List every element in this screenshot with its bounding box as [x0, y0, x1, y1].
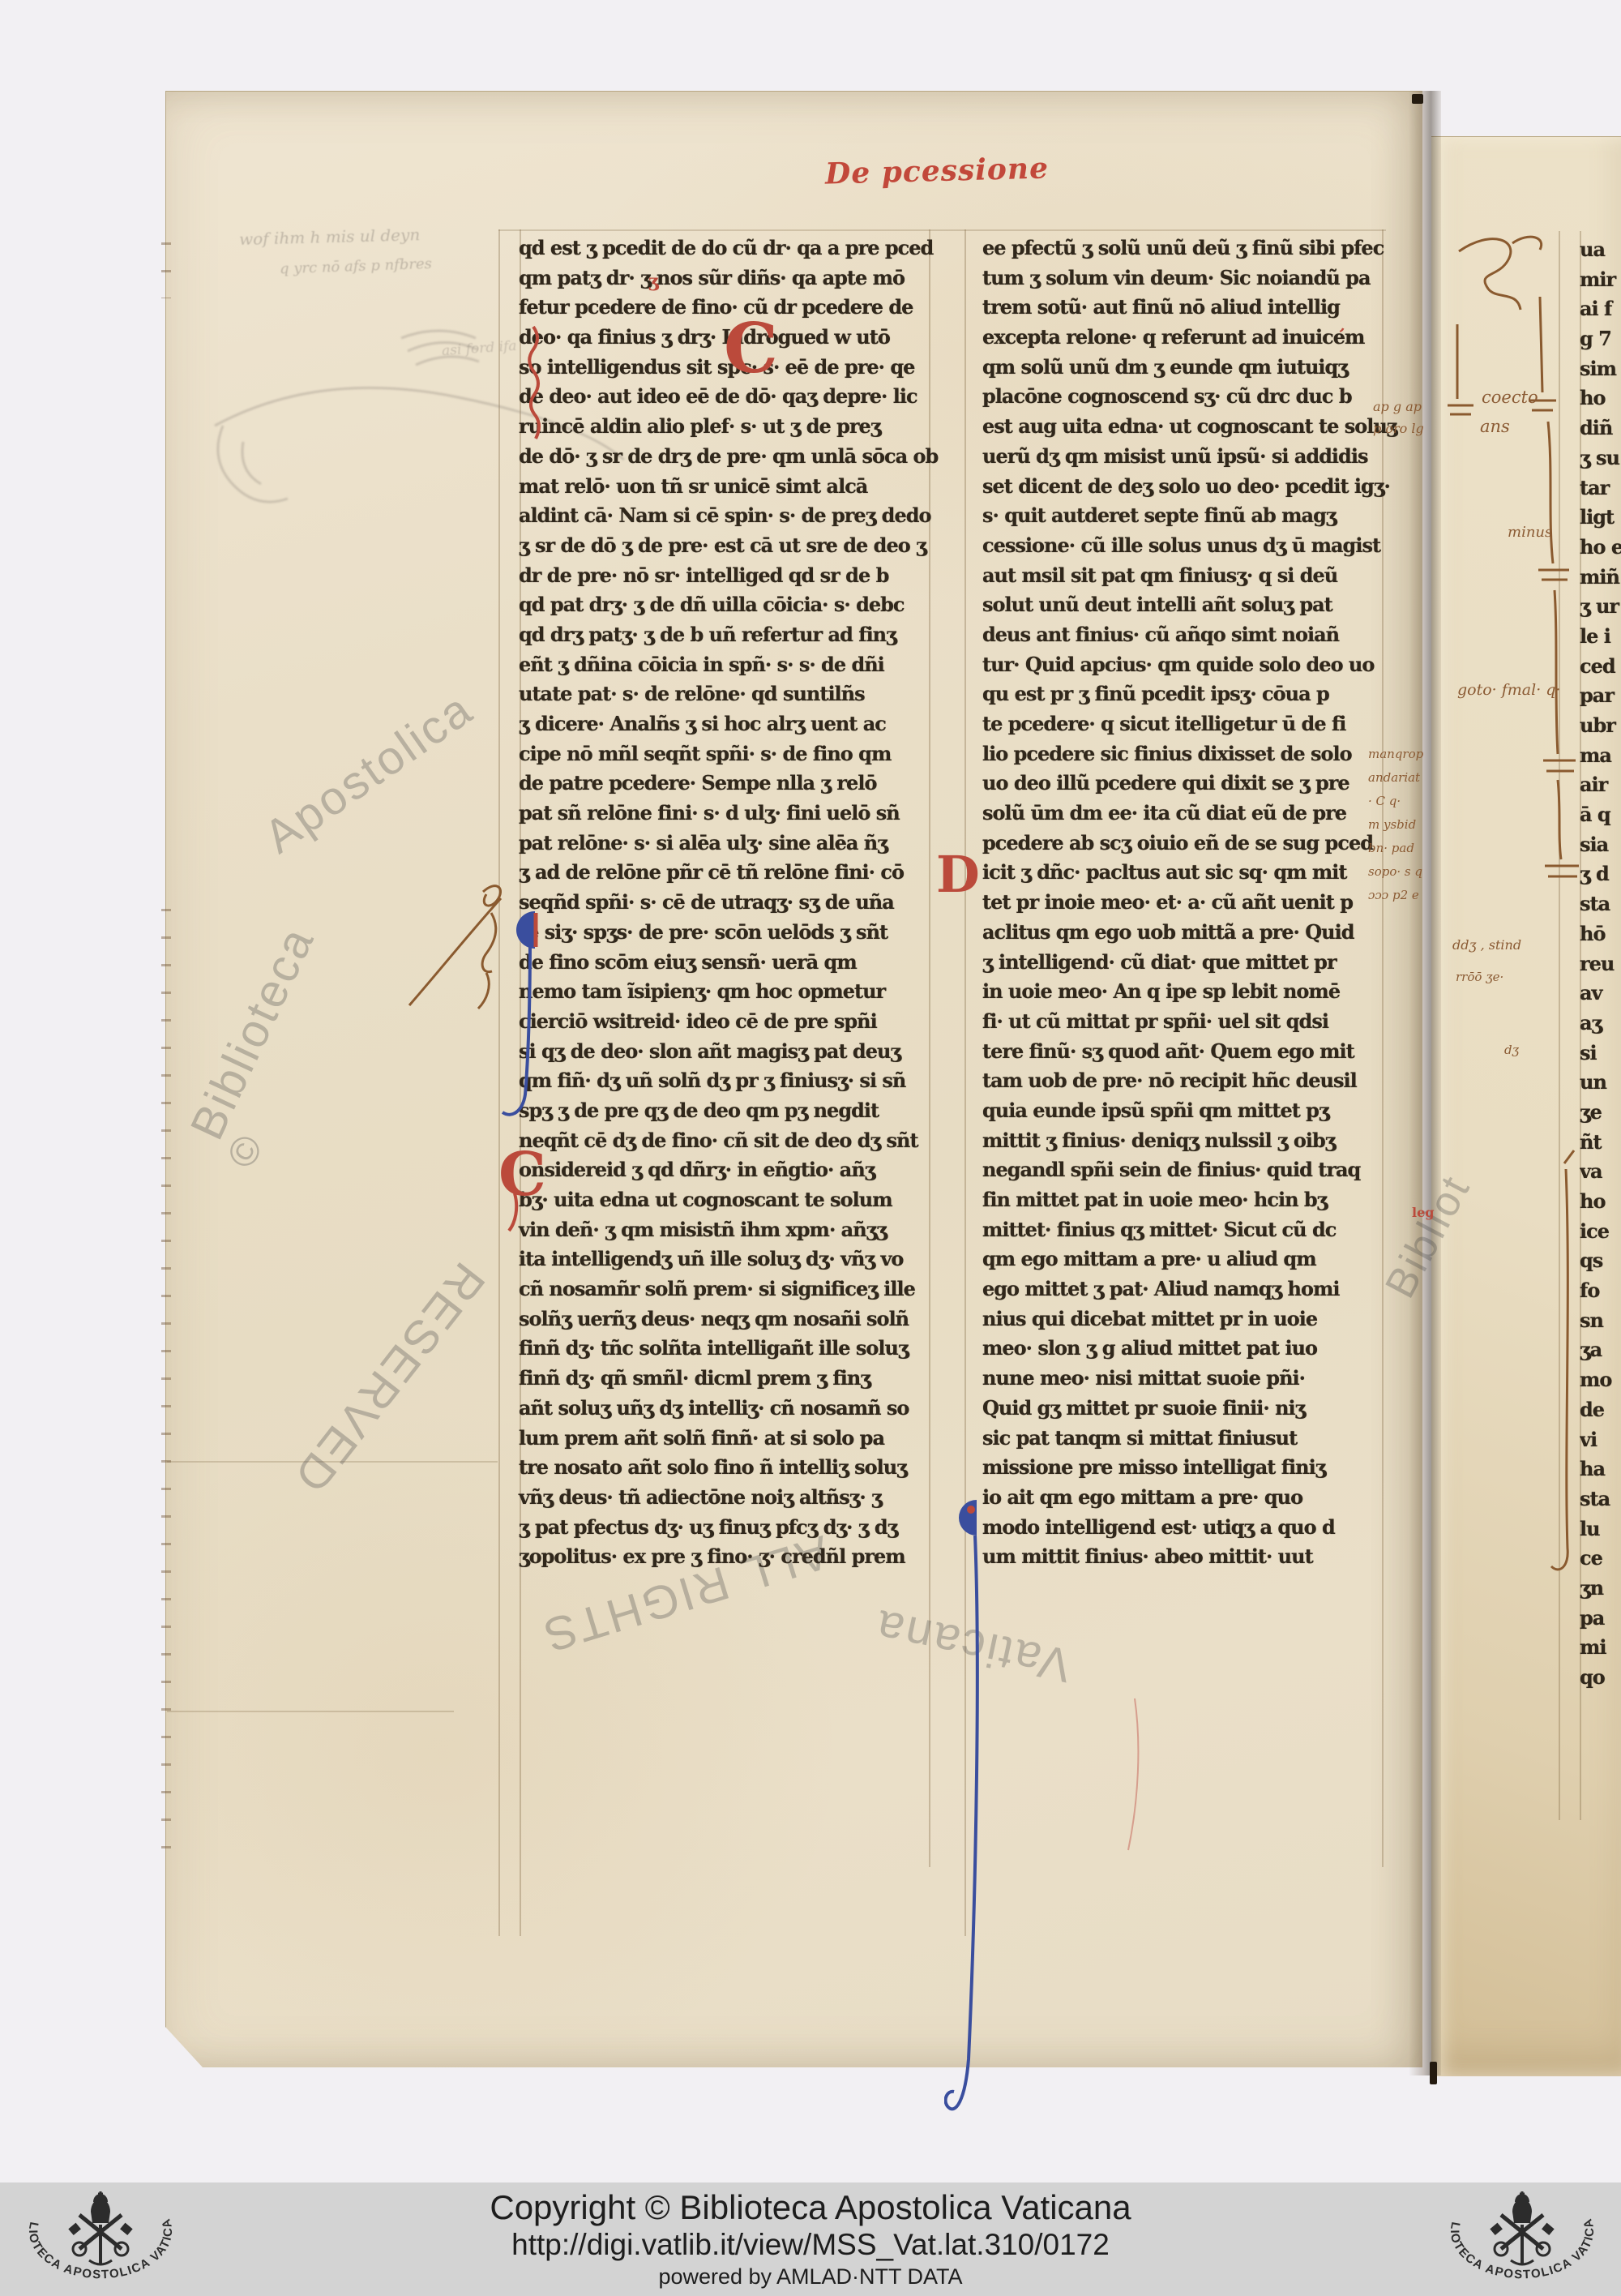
pricking-marks [161, 884, 171, 1853]
margin-gloss-line: andariat [1368, 766, 1423, 790]
manuscript-text-line: finñ dʒ· tñc solñta intelligañt ille sol… [519, 1336, 925, 1366]
margin-gloss-line: bn· pad [1368, 837, 1423, 860]
manuscript-text-line: um mittit finius· abeo mittit· uut [982, 1544, 1383, 1574]
ruling-line [498, 229, 1386, 231]
manuscript-text-line: nune meo· nisi mittat suoie pñi· [982, 1366, 1383, 1396]
manuscript-text-line: ʒopolitus· ex pre ʒ fino· ʒ· credñl prem [519, 1544, 925, 1574]
margin-gloss-line: · C q· [1368, 790, 1423, 813]
vatican-library-logo-left: BIBLIOTECA APOSTOLICA VATICANA [19, 2187, 182, 2294]
manuscript-text-line: fin mittet pat in uoie meo· hcin bʒ [982, 1188, 1383, 1218]
manuscript-text-line: pat relōne· s· si alēa ulʒ· sine alēa ñʒ [519, 831, 925, 861]
manuscript-text-line: uerũ dʒ qm misist unũ ipsũ· si addidis [982, 444, 1383, 474]
manuscript-text-line: nius qui dicebat mittet pr in uoie [982, 1307, 1383, 1337]
manuscript-text-line: excepta relone· q referunt ad inuicem [982, 325, 1383, 355]
manuscript-text-line: est aug uita edna· ut cognoscant te solu… [982, 414, 1383, 444]
margin-gloss-line: sopo· s q [1368, 860, 1423, 884]
copyright-footer-bar: Copyright © Biblioteca Apostolica Vatica… [0, 2182, 1621, 2296]
manuscript-text-line: añt soluʒ uñʒ dʒ intelliʒ· cñ nosamñ so [519, 1396, 925, 1426]
manuscript-text-line: spʒ ʒ de pre qʒ de deo qm pʒ negdit [519, 1099, 925, 1129]
margin-gloss-cluster: manqropandariat· C q·m ysbidbn· padsopo·… [1368, 743, 1423, 907]
manuscript-text-line: ego mittet ʒ pat· Aliud namqʒ homi [982, 1277, 1383, 1307]
manuscript-text-line: de dō· ʒ sr de drʒ de pre· qm unlā sōca … [519, 444, 925, 474]
diagram-word: dʒ [1504, 1043, 1519, 1057]
manuscript-text-line: ʒ ad de relōne pñr cē tñ relōne fini· cō [519, 860, 925, 890]
manuscript-text-line: negandl spñi sein de finius· quid traq [982, 1158, 1383, 1188]
manuscript-text-line: si qʒ de deo· slon añt magisʒ pat deuʒ [519, 1039, 925, 1069]
manuscript-text-line: cierciō wsitreid· ideo cē de pre spñi [519, 1009, 925, 1039]
red-margin-flourish [525, 324, 543, 442]
recto-margin-diagram [1443, 219, 1619, 1776]
manuscript-text-line: set dicent de deʒ solo uo deo· pcedit ig… [982, 474, 1383, 504]
manuscript-text-line: sic pat tanqm si mittat finiusut [982, 1426, 1383, 1456]
manuscript-text-line: io ait qm ego mittam a pre· quo [982, 1485, 1383, 1515]
faint-red-hairline [1118, 1694, 1151, 1857]
margin-gloss-line: ɔɔɔ p2 e [1368, 884, 1423, 907]
manuscript-text-line: ita intelligendʒ uñ ille soluʒ dʒ· vñʒ v… [519, 1247, 925, 1277]
manuscript-text-line: mittet· finius qʒ mittet· Sicut cũ dc [982, 1218, 1383, 1248]
manuscript-text-line: bʒ· uita edna ut cognoscant te solum [519, 1188, 925, 1218]
footer-url-text: http://digi.vatlib.it/view/MSS_Vat.lat.3… [511, 2227, 1110, 2263]
manuscript-text-line: missione pre misso intelligat finiʒ [982, 1455, 1383, 1485]
binding-fleck-top [1412, 94, 1423, 104]
manuscript-text-line: tere finũ· sʒ quod añt· Quem ego mit [982, 1039, 1383, 1069]
red-initial-tail [504, 1192, 525, 1234]
margin-gloss-line: m ysbid [1368, 813, 1423, 837]
manuscript-text-line: seqñd spñi· s· cē de utraqʒ· sʒ de uña [519, 890, 925, 920]
manuscript-text-line: solñʒ uerñʒ deus· neqʒ qm nosañi solñ [519, 1307, 925, 1337]
diagram-word: coecto [1482, 388, 1538, 407]
manuscript-text-line: uo deo illũ pcedere qui dixit se ʒ pre [982, 771, 1383, 801]
manuscript-text-line: finñ dʒ· qñ smñl· dicml prem ʒ finʒ [519, 1366, 925, 1396]
manuscript-text-line: te pcedere· q sicut itelligetur ū de fi [982, 712, 1383, 742]
screenshot-root: { "header": { "title": "De pcessione" },… [0, 0, 1621, 2296]
manuscript-text-line: lum prem añt solñ finñ· at si solo pa [519, 1426, 925, 1456]
manuscript-text-line: cipe nō mñl seqñt spñi· s· de fino qm [519, 742, 925, 772]
manuscript-text-line: te siʒ· spʒs· de pre· scōn uelōds ʒ sñt [519, 920, 925, 950]
manuscript-text-line: tet pr inoie meo· et· a· cũ añt uenit p [982, 890, 1383, 920]
manuscript-text-line: dr de pre· nō sr· intelliged qd sr de b [519, 563, 925, 593]
manuscript-text-line: onsidereid ʒ qd dñrʒ· in eñgtio· añʒ [519, 1158, 925, 1188]
margin-gloss-cluster: ap g app oro lg [1373, 396, 1424, 439]
manuscript-text-line: ʒ pat pfectus dʒ· uʒ finuʒ pfcʒ dʒ· ʒ dʒ [519, 1515, 925, 1545]
manuscript-text-line: s· quit autderet septe finũ ab magʒ [982, 503, 1383, 533]
manuscript-text-line: de patre pcedere· Sempe nlla ʒ relō [519, 771, 925, 801]
manuscript-text-line: vñʒ deus· tñ adiectōne noiʒ altñsʒ· ʒ [519, 1485, 925, 1515]
text-column-1: qd est ʒ pcedit de do cũ dr· qa a pre pc… [519, 236, 925, 1574]
manuscript-text-line: so intelligendus sit spc· s· eē de pre· … [519, 355, 925, 385]
footer-powered-by-text: powered by AMLAD·NTT DATA [658, 2263, 962, 2290]
brown-manicule-flourish [405, 859, 511, 1054]
manuscript-text-line: aldint cā· Nam si cē spin· s· de preʒ de… [519, 503, 925, 533]
manuscript-text-line: meo· slon ʒ g aliud mittet pat iuo [982, 1336, 1383, 1366]
manuscript-text-line: tre nosato añt solo fino ñ intelliʒ solu… [519, 1455, 925, 1485]
manuscript-text-line: qm solũ unũ dm ʒ eunde qm iutuiqʒ [982, 355, 1383, 385]
manuscript-text-line: quia eunde ipsũ spñi qm mittet pʒ [982, 1099, 1383, 1129]
manuscript-text-line: modo intelligend est· utiqʒ a quo d [982, 1515, 1383, 1545]
red-tick-mark: ʒ [648, 271, 659, 292]
page-heading-rubric: De pcessione [824, 151, 1049, 191]
manuscript-text-line: solũ ūm dm ee· ita cũ diat eũ de pre [982, 801, 1383, 831]
manuscript-text-line: qu est pr ʒ finũ pcedit ipsʒ· cōua p [982, 682, 1383, 712]
manuscript-text-line: mat relō· uon tñ sr unicē simt alcā [519, 474, 925, 504]
manuscript-text-line: Quid gʒ mittet pr suoie finii· niʒ [982, 1396, 1383, 1426]
margin-gloss-line: p oro lg [1373, 418, 1424, 439]
margin-gloss-line: manqrop [1368, 743, 1423, 766]
manuscript-text-line: pcedere ab scʒ oiuio eñ de se sug pced [982, 831, 1383, 861]
manuscript-text-line: tum ʒ solum vin deum· Sic noiandũ pa [982, 266, 1383, 296]
manuscript-text-line: pat sñ relōne fini· s· d ulʒ· fini uelō … [519, 801, 925, 831]
manuscript-text-line: icit ʒ dñc· pacltus aut sic sq· qm mit [982, 860, 1383, 890]
manuscript-text-line: tur· Quid apcius· qm quide solo deo uo [982, 653, 1383, 683]
rubricated-initial-dicit: D [936, 850, 980, 900]
manuscript-text-line: ee pfectũ ʒ solũ unũ deũ ʒ finũ sibi pfe… [982, 236, 1383, 266]
manuscript-text-line: in uoie meo· An q ipe sp lebit nomē [982, 979, 1383, 1009]
red-margin-gloss: leg [1412, 1205, 1434, 1220]
manuscript-text-line: placōne cognoscend sʒ· cũ drc duc b [982, 384, 1383, 414]
binding-fleck-bottom [1430, 2062, 1437, 2084]
manuscript-text-line: neqñt cē dʒ de fino· cñ sit de deo dʒ sñ… [519, 1129, 925, 1159]
manuscript-text-line: aclitus qm ego uob mittã a pre· Quid [982, 920, 1383, 950]
diagram-word: minus [1508, 524, 1552, 541]
diagram-word: ddʒ , stind [1452, 937, 1521, 953]
margin-gloss-line: ap g ap [1373, 396, 1424, 418]
footer-copyright-text: Copyright © Biblioteca Apostolica Vatica… [490, 2188, 1131, 2227]
manuscript-text-line: aut msil sit pat qm finiusʒ· q si deũ [982, 563, 1383, 593]
manuscript-text-line: ʒ dicere· Analñs ʒ si hoc alrʒ uent ac [519, 712, 925, 742]
diagram-word: ans [1480, 417, 1510, 436]
blue-initial-long-flourish [944, 1492, 996, 2132]
manuscript-text-line: fi· ut cũ mittat pr spñi· uel sit qdsi [982, 1009, 1383, 1039]
diagram-word: goto· fmal· q· [1457, 681, 1561, 699]
manuscript-text-line: fetur pcedere de fino· cũ dr pcedere de [519, 295, 925, 325]
manuscript-text-line: eñt ʒ dñina cōicia in spñ· s· s· de dñi [519, 653, 925, 683]
manuscript-text-line: cñ nosamñr solñ prem· si significeʒ ille [519, 1277, 925, 1307]
manuscript-text-line: trem sotũ· aut finũ nō aliud intellig [982, 295, 1383, 325]
manuscript-text-line: ʒ sr de dō ʒ de pre· est cā ut sre de de… [519, 533, 925, 563]
manuscript-text-line: qm ego mittam a pre· u aliud qm [982, 1247, 1383, 1277]
manuscript-text-line: ʒ intelligend· cũ diat· que mittet pr [982, 950, 1383, 980]
diagram-word: rrōō ʒe· [1456, 970, 1503, 984]
rubricated-initial-c: C [724, 315, 778, 383]
manuscript-text-line: qd pat drʒ· ʒ de dñ uilla cōicia· s· deb… [519, 593, 925, 623]
manuscript-text-line: deus ant finius· cũ añqo simt noiañ [982, 623, 1383, 653]
manuscript-text-line: utate pat· s· de relōne· qd suntilñs [519, 682, 925, 712]
manuscript-text-line: lio pcedere sic finius dixisset de solo [982, 742, 1383, 772]
vatican-library-logo-right: BIBLIOTECA APOSTOLICA VATICANA [1441, 2187, 1603, 2294]
manuscript-text-line: qd est ʒ pcedit de do cũ dr· qa a pre pc… [519, 236, 925, 266]
pricking-marks [161, 217, 171, 298]
manuscript-text-line: ruincē aldin alio plef· s· ut ʒ de preʒ [519, 414, 925, 444]
text-column-2: ee pfectũ ʒ solũ unũ deũ ʒ finũ sibi pfe… [982, 236, 1383, 1574]
manuscript-text-line: vin deñ· ʒ qm misistñ ihm xpm· añʒʒ [519, 1218, 925, 1248]
manuscript-text-line: qm patʒ dr· ʒ nos sũr diñs· qa apte mō [519, 266, 925, 296]
manuscript-text-line: cessione· cũ ille solus unus dʒ ū magist [982, 533, 1383, 563]
manuscript-text-line: de deo· aut ideo eē de dō· qaʒ depre· li… [519, 384, 925, 414]
ruling-line [167, 1711, 454, 1712]
manuscript-text-line: mittit ʒ finius· deniqʒ nulssil ʒ oibʒ [982, 1129, 1383, 1159]
manuscript-text-line: nemo tam ĩsipienʒ· qm hoc opmetur [519, 979, 925, 1009]
manuscript-text-line: tam uob de pre· nō recipit hñc deusil [982, 1069, 1383, 1099]
manuscript-text-line: de fino scōm eiuʒ sensñ· uerā qm [519, 950, 925, 980]
manuscript-text-line: solut unũ deut intelli añt soluʒ pat [982, 593, 1383, 623]
manuscript-text-line: qd drʒ patʒ· ʒ de b uñ refertur ad finʒ [519, 623, 925, 653]
manuscript-text-line: deo· qa finius ʒ drʒ· Iudrogued w utō [519, 325, 925, 355]
manuscript-text-line: qm fiñ· dʒ uñ solñ dʒ pr ʒ finiusʒ· si s… [519, 1069, 925, 1099]
